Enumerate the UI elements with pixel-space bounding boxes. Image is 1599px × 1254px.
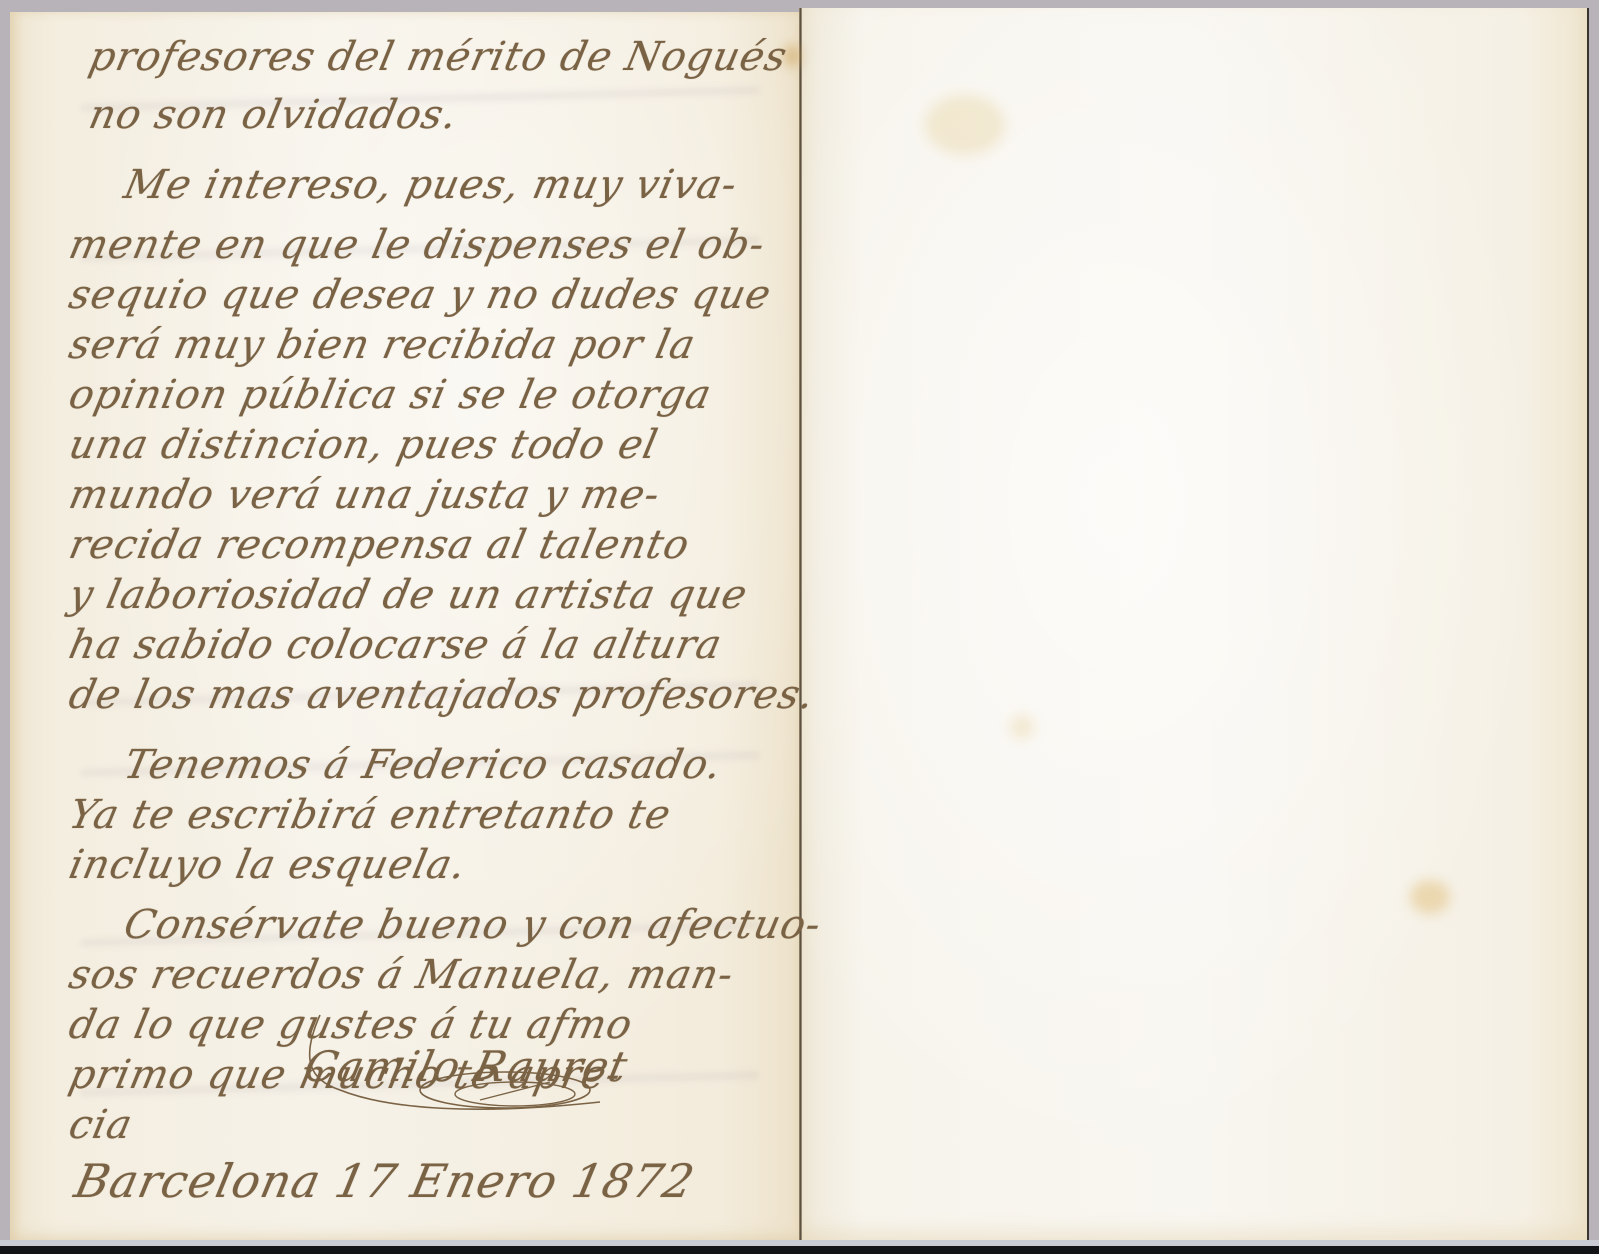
letter-line: recida recompensa al talento xyxy=(65,522,694,568)
letter-line: Ya te escribirá entretanto te xyxy=(65,792,675,838)
letter-line: una distincion, pues todo el xyxy=(65,422,662,468)
letter-line: profesores del mérito de Nogués xyxy=(85,34,792,80)
letter-line: Consérvate bueno y con afectuo- xyxy=(120,902,825,948)
scan-edge xyxy=(0,1246,1599,1254)
letter-line: sequio que desea y no dudes que xyxy=(65,272,776,318)
letter-line: incluyo la esquela. xyxy=(65,842,471,888)
letter-line: mundo verá una justa y me- xyxy=(65,472,664,518)
foxing-stain xyxy=(925,95,1005,155)
letter-line: cia xyxy=(65,1102,137,1148)
dateline: Barcelona 17 Enero 1872 xyxy=(70,1154,700,1208)
letter-line: opinion pública si se le otorga xyxy=(65,372,716,418)
signature-flourish-icon xyxy=(300,1010,630,1120)
page-fold-crease xyxy=(799,8,802,1242)
foxing-stain xyxy=(1010,715,1034,739)
letter-line: de los mas aventajados profesores. xyxy=(65,672,819,718)
letter-line: y laboriosidad de un artista que xyxy=(65,572,752,618)
letter-line: Me intereso, pues, muy viva- xyxy=(120,162,742,208)
letter-line: Tenemos á Federico casado. xyxy=(120,742,726,788)
letter-line: sos recuerdos á Manuela, man- xyxy=(65,952,738,998)
letter-line: mente en que le dispenses el ob- xyxy=(65,222,769,268)
letter-line: no son olvidados. xyxy=(85,92,462,138)
letter-page-right-blank xyxy=(801,8,1589,1242)
foxing-stain xyxy=(1410,880,1450,914)
letter-line: será muy bien recibida por la xyxy=(65,322,700,368)
letter-line: ha sabido colocarse á la altura xyxy=(65,622,726,668)
